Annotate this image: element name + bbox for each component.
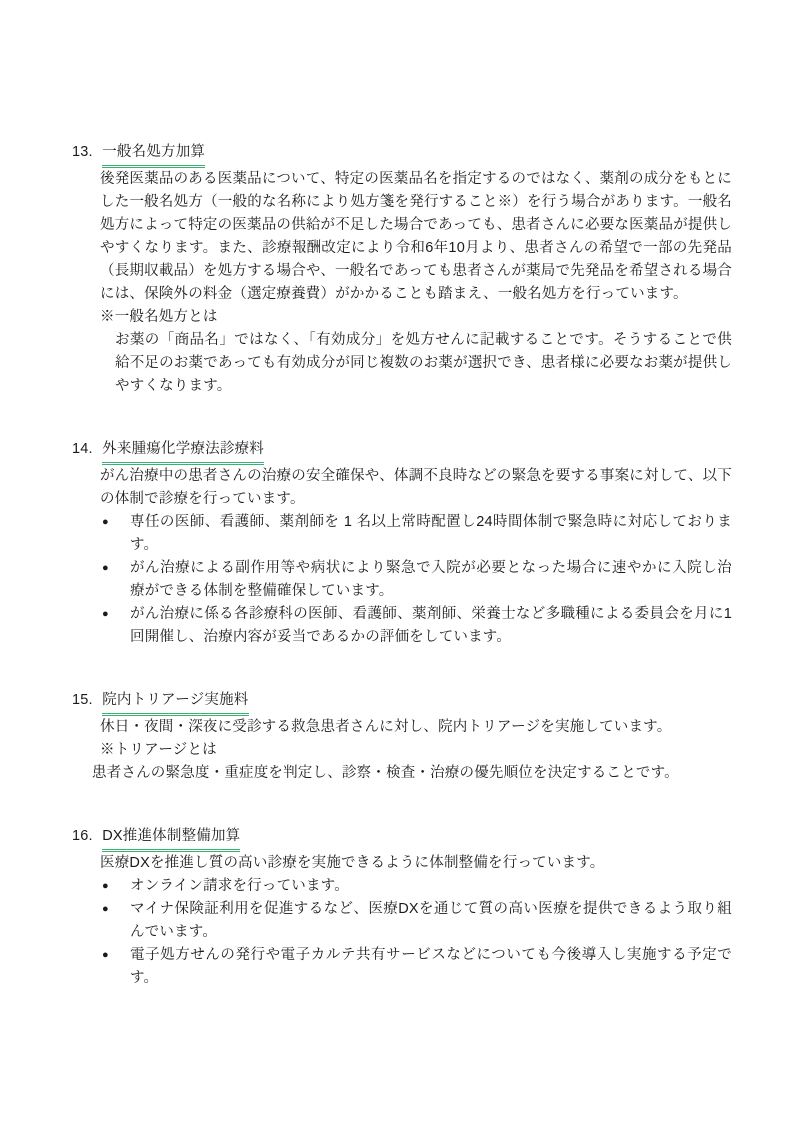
section-title: 一般名処方加算 <box>102 141 205 168</box>
list-item: ● オンライン請求を行っています。 <box>100 875 732 898</box>
list-item-text: 電子処方せんの発行や電子カルテ共有サービスなどについても今後導入し実施する予定で… <box>130 947 732 986</box>
section-16-dx-promotion: 16. DX推進体制整備加算 医療DXを推進し質の高い診療を実施できるように体制… <box>72 825 732 990</box>
section-heading: 15. 院内トリアージ実施料 <box>72 689 732 716</box>
section-number: 13. <box>72 141 98 164</box>
bullet-icon: ● <box>102 944 109 967</box>
document-content: 13. 一般名処方加算 後発医薬品のある医薬品について、特定の医薬品名を指定する… <box>72 141 732 990</box>
bullet-icon: ● <box>102 603 109 626</box>
list-item: ● がん治療に係る各診療科の医師、看護師、薬剤師、栄養士など多職種による委員会を… <box>100 603 732 649</box>
list-item: ● マイナ保険証利用を促進するなど、医療DXを通じて質の高い医療を提供できるよう… <box>100 898 732 944</box>
document-page: 13. 一般名処方加算 後発医薬品のある医薬品について、特定の医薬品名を指定する… <box>0 0 794 1123</box>
section-heading: 14. 外来腫瘍化学療法診療料 <box>72 438 732 465</box>
section-heading: 16. DX推進体制整備加算 <box>72 825 732 852</box>
bullet-list: ● オンライン請求を行っています。 ● マイナ保険証利用を促進するなど、医療DX… <box>72 875 732 990</box>
section-13-generic-name-prescription: 13. 一般名処方加算 後発医薬品のある医薬品について、特定の医薬品名を指定する… <box>72 141 732 398</box>
section-heading: 13. 一般名処方加算 <box>72 141 732 168</box>
list-item-text: がん治療に係る各診療科の医師、看護師、薬剤師、栄養士など多職種による委員会を月に… <box>130 606 732 645</box>
note-body: 患者さんの緊急度・重症度を判定し、診察・検査・治療の優先順位を決定することです。 <box>92 762 732 785</box>
note-label: ※トリアージとは <box>100 739 732 762</box>
list-item: ● 専任の医師、看護師、薬剤師を 1 名以上常時配置し24時間体制で緊急時に対応… <box>100 511 732 557</box>
note-label: ※一般名処方とは <box>100 306 732 329</box>
section-number: 16. <box>72 825 98 848</box>
section-lead: 医療DXを推進し質の高い診療を実施できるように体制整備を行っています。 <box>100 852 732 875</box>
section-lead: がん治療中の患者さんの治療の安全確保や、体調不良時などの緊急を要する事案に対して… <box>100 465 732 511</box>
section-lead: 休日・夜間・深夜に受診する救急患者さんに対し、院内トリアージを実施しています。 <box>100 716 732 739</box>
list-item-text: マイナ保険証利用を促進するなど、医療DXを通じて質の高い医療を提供できるよう取り… <box>130 901 732 940</box>
section-number: 14. <box>72 438 98 461</box>
section-title: 院内トリアージ実施料 <box>102 689 248 716</box>
section-paragraph: 後発医薬品のある医薬品について、特定の医薬品名を指定するのではなく、薬剤の成分を… <box>100 168 732 306</box>
note-body: お薬の「商品名」ではなく、「有効成分」を処方せんに記載することです。そうすること… <box>115 329 732 398</box>
section-15-triage: 15. 院内トリアージ実施料 休日・夜間・深夜に受診する救急患者さんに対し、院内… <box>72 689 732 785</box>
section-title: 外来腫瘍化学療法診療料 <box>102 438 264 465</box>
list-item-text: がん治療による副作用等や病状により緊急で入院が必要となった場合に速やかに入院し治… <box>130 560 732 599</box>
section-title: DX推進体制整備加算 <box>102 825 240 852</box>
section-14-outpatient-oncology: 14. 外来腫瘍化学療法診療料 がん治療中の患者さんの治療の安全確保や、体調不良… <box>72 438 732 649</box>
bullet-icon: ● <box>102 898 109 921</box>
section-number: 15. <box>72 689 98 712</box>
bullet-icon: ● <box>102 557 109 580</box>
list-item: ● 電子処方せんの発行や電子カルテ共有サービスなどについても今後導入し実施する予… <box>100 944 732 990</box>
list-item: ● がん治療による副作用等や病状により緊急で入院が必要となった場合に速やかに入院… <box>100 557 732 603</box>
list-item-text: 専任の医師、看護師、薬剤師を 1 名以上常時配置し24時間体制で緊急時に対応して… <box>130 514 732 553</box>
bullet-icon: ● <box>102 875 109 898</box>
bullet-icon: ● <box>102 511 109 534</box>
list-item-text: オンライン請求を行っています。 <box>130 878 349 894</box>
bullet-list: ● 専任の医師、看護師、薬剤師を 1 名以上常時配置し24時間体制で緊急時に対応… <box>72 511 732 649</box>
